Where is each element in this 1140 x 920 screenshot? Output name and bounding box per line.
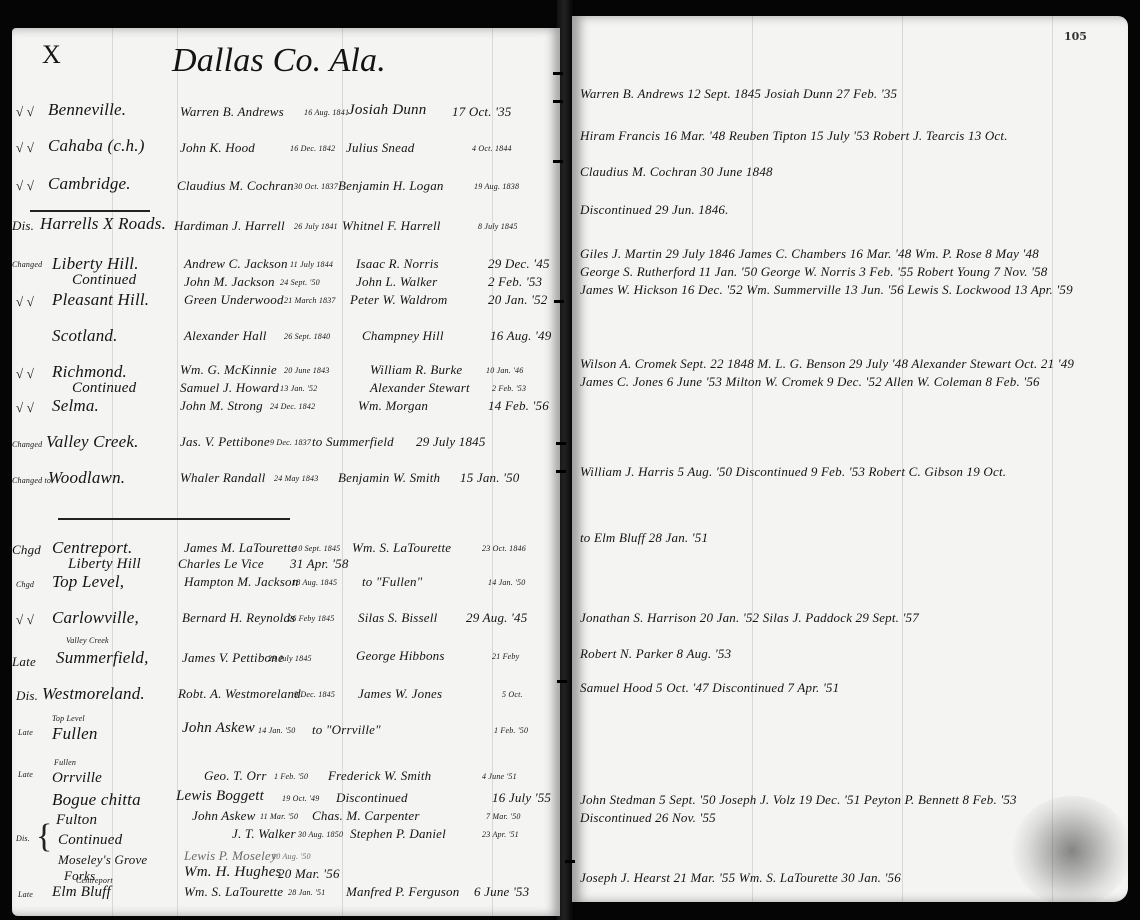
right-entry: Giles J. Martin 29 July 1846 James C. Ch… bbox=[580, 246, 1039, 262]
right-entry: to Elm Bluff 28 Jan. '51 bbox=[580, 530, 708, 546]
right-entry: James W. Hickson 16 Dec. '52 Wm. Summerv… bbox=[580, 282, 1073, 298]
corner-x-mark: X bbox=[42, 40, 61, 70]
right-entry: Hiram Francis 16 Mar. '48 Reuben Tipton … bbox=[580, 128, 1008, 144]
page-title: Dallas Co. Ala. bbox=[172, 42, 386, 80]
right-entry: Jonathan S. Harrison 20 Jan. '52 Silas J… bbox=[580, 610, 919, 626]
right-entry: Claudius M. Cochran 30 June 1848 bbox=[580, 164, 773, 180]
right-entry: George S. Rutherford 11 Jan. '50 George … bbox=[580, 264, 1047, 280]
page-stain bbox=[1012, 796, 1128, 902]
postmaster-name: Warren B. Andrews bbox=[180, 104, 284, 120]
page-number: 105 bbox=[1064, 30, 1087, 43]
right-entry: John Stedman 5 Sept. '50 Joseph J. Volz … bbox=[580, 792, 1017, 808]
right-entry: Discontinued 26 Nov. '55 bbox=[580, 810, 716, 826]
right-entry: William J. Harris 5 Aug. '50 Discontinue… bbox=[580, 464, 1006, 480]
office-name: Benneville. bbox=[48, 100, 126, 120]
right-page: 105 Warren B. Andrews 12 Sept. 1845 Josi… bbox=[572, 16, 1128, 902]
left-page: X Dallas Co. Ala. √ √ Benneville. Warren… bbox=[12, 28, 560, 916]
right-entry: Wilson A. Cromek Sept. 22 1848 M. L. G. … bbox=[580, 356, 1074, 372]
right-entry: Joseph J. Hearst 21 Mar. '55 Wm. S. LaTo… bbox=[580, 870, 901, 886]
right-entry: Warren B. Andrews 12 Sept. 1845 Josiah D… bbox=[580, 86, 897, 102]
section-divider bbox=[58, 518, 290, 520]
right-entry: Samuel Hood 5 Oct. '47 Discontinued 7 Ap… bbox=[580, 680, 839, 696]
right-entry: Discontinued 29 Jun. 1846. bbox=[580, 202, 729, 218]
right-entry: Robert N. Parker 8 Aug. '53 bbox=[580, 646, 731, 662]
right-entry: James C. Jones 6 June '53 Milton W. Crom… bbox=[580, 374, 1040, 390]
